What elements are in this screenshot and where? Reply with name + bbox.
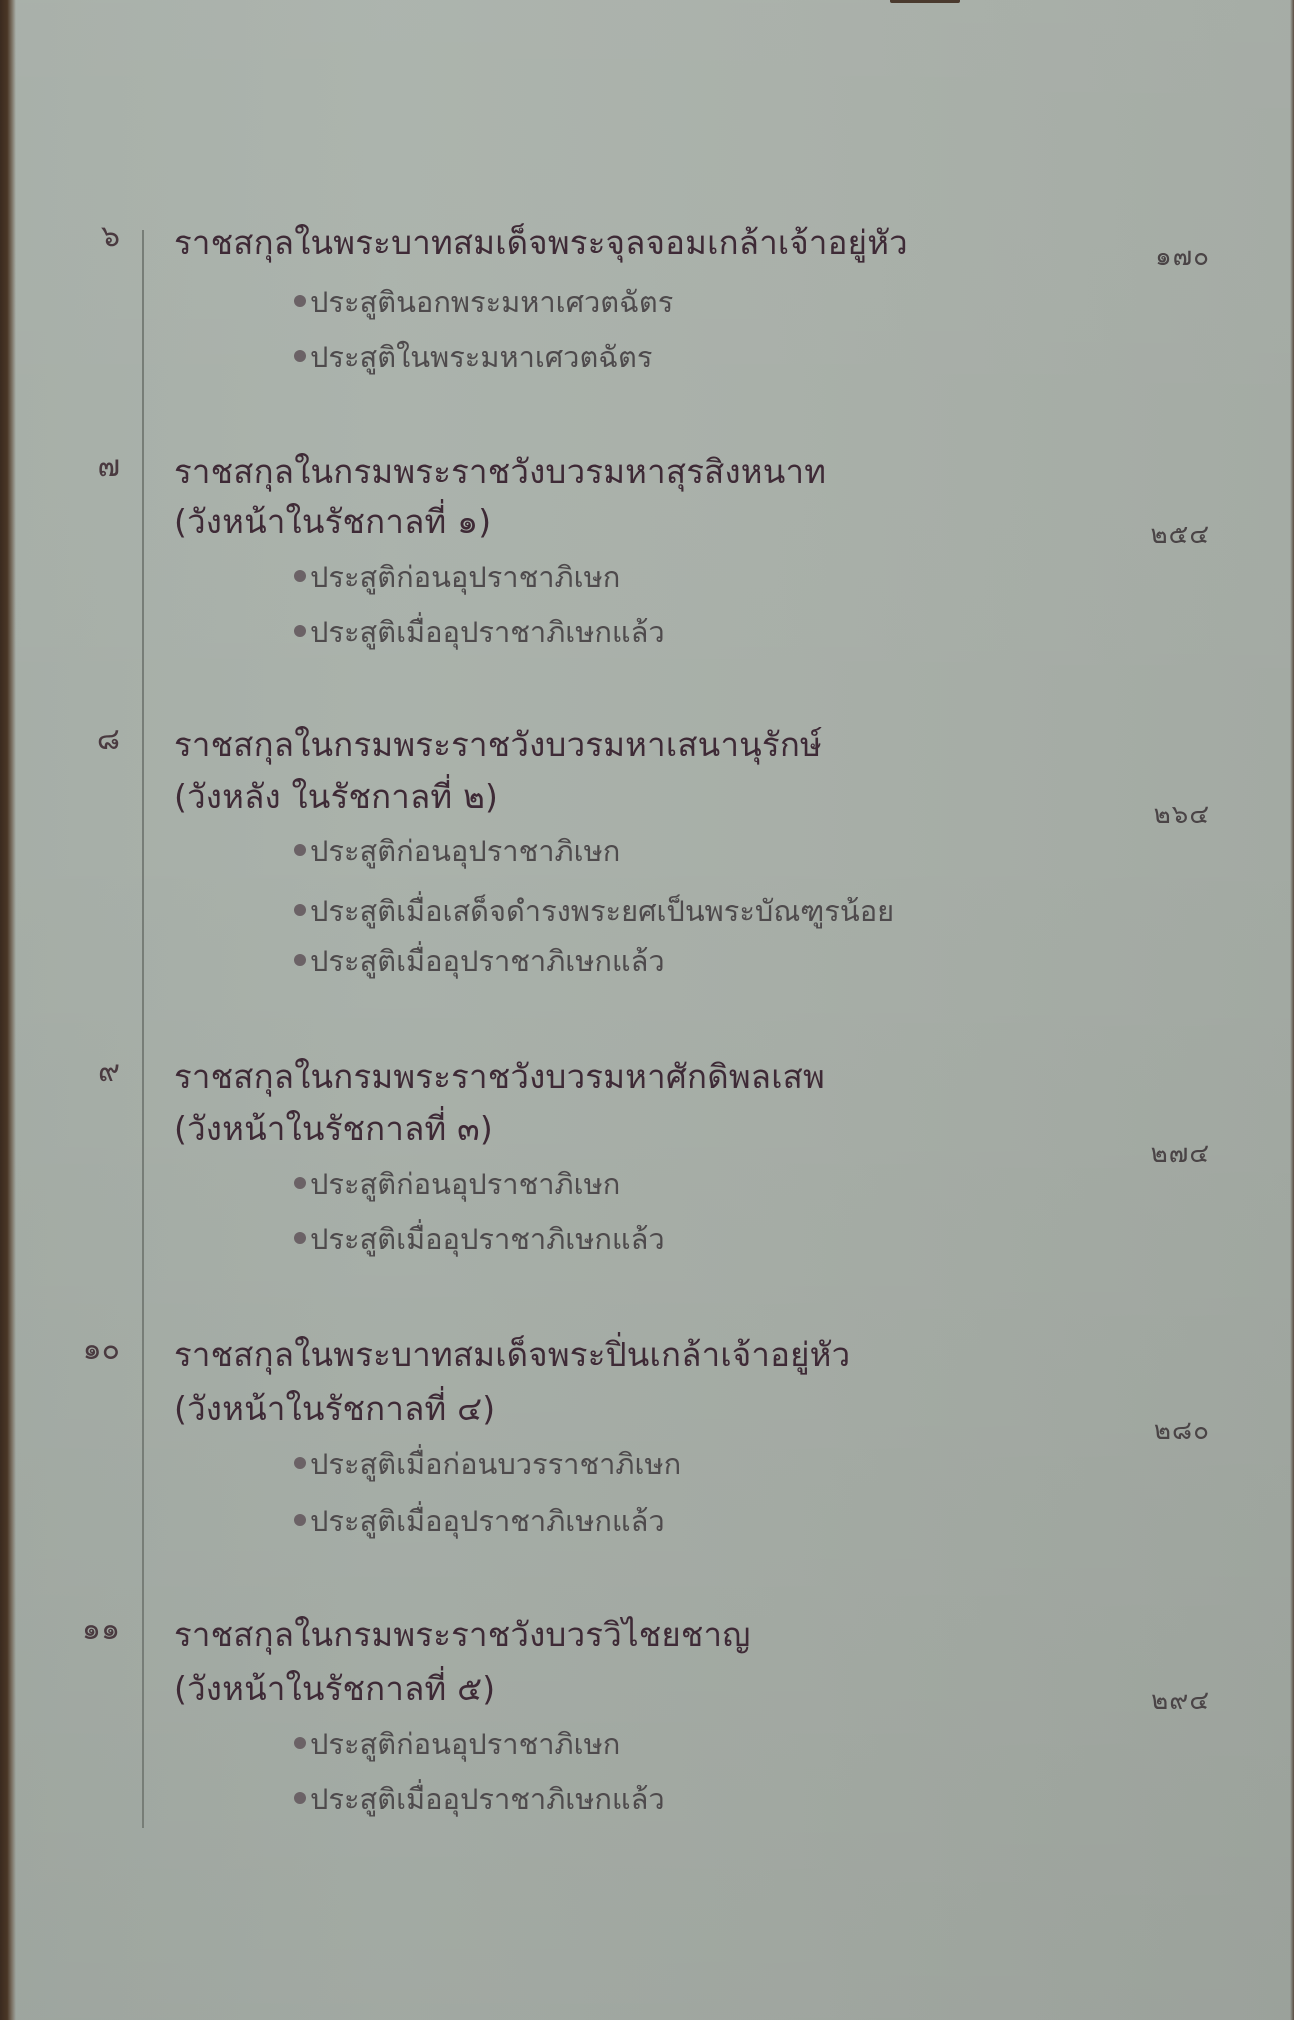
subitem-label: ประสูติก่อนอุปราชาภิเษก bbox=[310, 1167, 620, 1201]
entry-subitem: ประสูติก่อนอุปราชาภิเษก bbox=[294, 837, 620, 866]
entry-number: ๗ bbox=[30, 452, 120, 482]
subitem-label: ประสูติเมื่อเสด็จดำรงพระยศเป็นพระบัณฑูรน… bbox=[310, 894, 894, 928]
entry-subitem: ประสูติเมื่อก่อนบวรราชาภิเษก bbox=[294, 1450, 681, 1479]
entry-page-number: ๒๕๔ bbox=[1100, 522, 1210, 548]
entry-title-subline: (วังหน้าในรัชกาลที่ ๕) bbox=[174, 1672, 495, 1705]
bullet-icon bbox=[294, 1737, 306, 1749]
entry-subitem: ประสูติก่อนอุปราชาภิเษก bbox=[294, 1730, 620, 1759]
entry-subitem: ประสูติเมื่ออุปราชาภิเษกแล้ว bbox=[294, 947, 665, 976]
bullet-icon bbox=[294, 1177, 306, 1189]
entry-subitem: ประสูติก่อนอุปราชาภิเษก bbox=[294, 563, 620, 592]
subitem-label: ประสูตินอกพระมหาเศวตฉัตร bbox=[310, 285, 673, 319]
subitem-label: ประสูติก่อนอุปราชาภิเษก bbox=[310, 1727, 620, 1761]
bullet-icon bbox=[294, 1232, 306, 1244]
entry-number: ๖ bbox=[30, 222, 120, 252]
entry-title: ราชสกุลในกรมพระราชวังบวรวิไชยชาญ bbox=[174, 1618, 751, 1651]
entry-title: ราชสกุลในพระบาทสมเด็จพระปิ่นเกล้าเจ้าอยู… bbox=[174, 1338, 850, 1371]
subitem-label: ประสูติในพระมหาเศวตฉัตร bbox=[310, 340, 652, 374]
entry-subitem: ประสูตินอกพระมหาเศวตฉัตร bbox=[294, 288, 673, 317]
subitem-label: ประสูติเมื่อก่อนบวรราชาภิเษก bbox=[310, 1447, 681, 1481]
entry-title: ราชสกุลในพระบาทสมเด็จพระจุลจอมเกล้าเจ้าอ… bbox=[174, 226, 908, 259]
entry-number: ๑๑ bbox=[30, 1615, 120, 1645]
bullet-icon bbox=[294, 954, 306, 966]
bullet-icon bbox=[294, 1792, 306, 1804]
entry-number: ๘ bbox=[30, 725, 120, 755]
entry-title: ราชสกุลในกรมพระราชวังบวรมหาศักดิพลเสพ bbox=[174, 1060, 825, 1093]
subitem-label: ประสูติก่อนอุปราชาภิเษก bbox=[310, 834, 620, 868]
bullet-icon bbox=[294, 625, 306, 637]
subitem-label: ประสูติเมื่ออุปราชาภิเษกแล้ว bbox=[310, 944, 665, 978]
bullet-icon bbox=[294, 570, 306, 582]
entry-page-number: ๒๖๔ bbox=[1100, 802, 1210, 828]
subitem-label: ประสูติเมื่ออุปราชาภิเษกแล้ว bbox=[310, 1782, 665, 1816]
book-binding-edge bbox=[0, 0, 16, 2020]
subitem-label: ประสูติเมื่ออุปราชาภิเษกแล้ว bbox=[310, 615, 665, 649]
entry-subitem: ประสูติเมื่อเสด็จดำรงพระยศเป็นพระบัณฑูรน… bbox=[294, 897, 894, 926]
bullet-icon bbox=[294, 1457, 306, 1469]
entry-title-subline: (วังหน้าในรัชกาลที่ ๔) bbox=[174, 1392, 495, 1425]
entry-subitem: ประสูติเมื่ออุปราชาภิเษกแล้ว bbox=[294, 618, 665, 647]
bullet-icon bbox=[294, 904, 306, 916]
page-right-edge bbox=[1290, 0, 1294, 2020]
entry-subitem: ประสูติเมื่ออุปราชาภิเษกแล้ว bbox=[294, 1225, 665, 1254]
entry-subitem: ประสูติเมื่ออุปราชาภิเษกแล้ว bbox=[294, 1507, 665, 1536]
entry-subitem: ประสูติก่อนอุปราชาภิเษก bbox=[294, 1170, 620, 1199]
entry-number: ๑๐ bbox=[30, 1335, 120, 1365]
top-edge-mark bbox=[890, 0, 960, 3]
subitem-label: ประสูติเมื่ออุปราชาภิเษกแล้ว bbox=[310, 1504, 665, 1538]
toc-vertical-divider bbox=[142, 230, 144, 1828]
entry-page-number: ๑๗๐ bbox=[1100, 244, 1210, 270]
entry-subitem: ประสูติเมื่ออุปราชาภิเษกแล้ว bbox=[294, 1785, 665, 1814]
entry-title-subline: (วังหน้าในรัชกาลที่ ๑) bbox=[174, 505, 491, 538]
entry-title: ราชสกุลในกรมพระราชวังบวรมหาสุรสิงหนาท bbox=[174, 455, 826, 488]
entry-title-subline: (วังหลัง ในรัชกาลที่ ๒) bbox=[174, 780, 498, 813]
bullet-icon bbox=[294, 295, 306, 307]
bullet-icon bbox=[294, 350, 306, 362]
entry-title: ราชสกุลในกรมพระราชวังบวรมหาเสนานุรักษ์ bbox=[174, 728, 822, 761]
bullet-icon bbox=[294, 1514, 306, 1526]
entry-number: ๙ bbox=[30, 1057, 120, 1087]
entry-title-subline: (วังหน้าในรัชกาลที่ ๓) bbox=[174, 1112, 493, 1145]
book-page: ๖ ราชสกุลในพระบาทสมเด็จพระจุลจอมเกล้าเจ้… bbox=[0, 0, 1294, 2020]
entry-subitem: ประสูติในพระมหาเศวตฉัตร bbox=[294, 343, 652, 372]
subitem-label: ประสูติก่อนอุปราชาภิเษก bbox=[310, 560, 620, 594]
bullet-icon bbox=[294, 844, 306, 856]
subitem-label: ประสูติเมื่ออุปราชาภิเษกแล้ว bbox=[310, 1222, 665, 1256]
entry-page-number: ๒๘๐ bbox=[1100, 1418, 1210, 1444]
entry-page-number: ๒๙๔ bbox=[1100, 1688, 1210, 1714]
entry-page-number: ๒๗๔ bbox=[1100, 1141, 1210, 1167]
